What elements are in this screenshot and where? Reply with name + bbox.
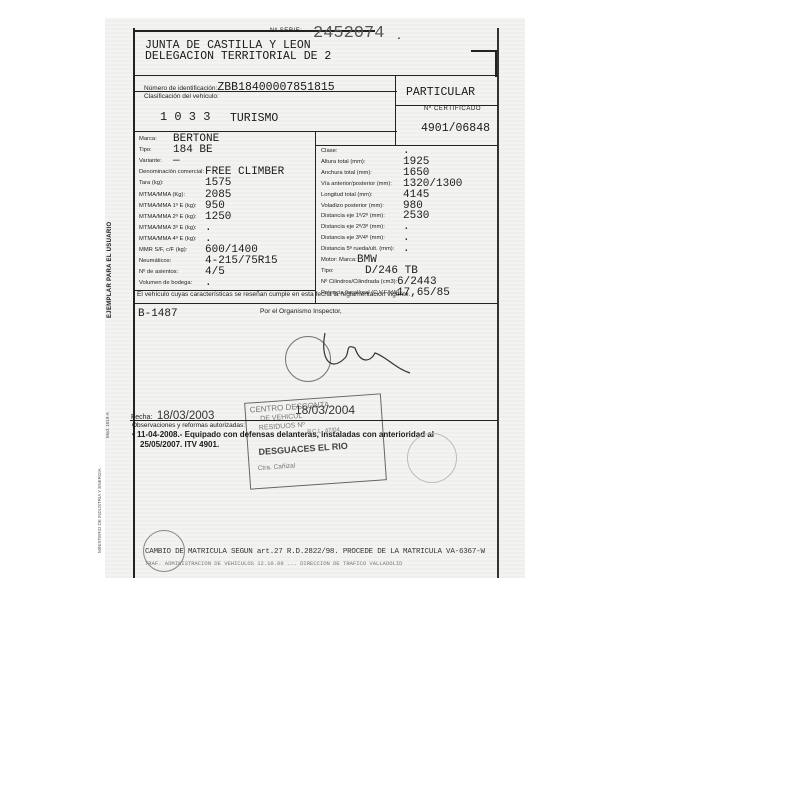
divider [130,420,497,421]
field-label: Altura total (mm): [321,159,365,165]
field-label: MTMA/MMA 1º E (kg): [139,203,197,209]
field-label: Distancia eje 2º/3º (mm): [321,224,385,230]
field-label: Clase: [321,148,337,154]
field-label: Tara (kg): [139,180,163,186]
classification-code: 1 0 3 3 [160,110,210,124]
sidebar-ministry: MINISTERIO DE INDUSTRIA Y ENERGIA [97,468,102,553]
plate-change-note-2: TRAF. ADMINISTRACION DE VEHICULOS 12.10.… [145,560,402,567]
field-label: MTMA/MMA 2º E (kg): [139,214,197,220]
field-label: Tipo: [139,147,152,153]
divider [135,303,497,304]
field-label: Motor: Marca: [321,257,357,263]
issuer-block: JUNTA DE CASTILLA Y LEON DELEGACION TERR… [145,40,331,62]
station-code: B-1487 [138,308,178,320]
faint-seal [407,433,457,483]
field-label: Vía anterior/posterior (mm): [321,181,392,187]
identification-value: ZBB18400007851815 [217,81,334,94]
classification-label: Clasificación del vehículo: [144,93,219,100]
sidebar-label: EJEMPLAR PARA EL USUARIO [107,222,113,318]
field-label: Tipo: [321,268,334,274]
column-divider [315,131,316,303]
certificate-value: 4901/06848 [421,122,490,135]
observation-line-2: 25/05/2007. ITV 4901. [140,440,219,449]
observation-line-1: • 11-04-2008.- Equipado con defensas del… [132,430,434,439]
field-label: Longitud total (mm): [321,192,373,198]
field-label: MTMA/MMA 3º E (kg): [139,225,197,231]
field-label: MTMA/MMA 4º E (kg): [139,236,197,242]
field-label: Marca: [139,136,157,142]
corner-bracket [471,50,497,77]
vehicle-technical-card: Nº SERIE: 2452074 . JUNTA DE CASTILLA Y … [133,28,499,578]
serie-label: Nº SERIE: [270,28,302,34]
field-label: Variante: [139,158,162,164]
field-label: Denominación comercial: [139,169,204,175]
field-value: . [403,243,410,255]
issuer-line-2: DELEGACION TERRITORIAL DE 2 [145,51,331,62]
compliance-text: El vehículo cuyas características se res… [137,291,410,298]
observations-label: Observaciones y reformas autorizadas: [132,422,245,429]
field-label: Distancia 5ª rueda/ult. (mm): [321,246,394,252]
plate-change-note: CAMBIO DE MATRICULA SEGUN art.27 R.D.282… [145,548,485,556]
field-label: Nº de asientos: [139,269,178,275]
divider [135,75,397,76]
field-value: . [205,277,212,289]
field-label: Distancia eje 1º/2º (mm): [321,213,385,219]
certificate-label: Nº CERTIFICADO [424,106,481,112]
inspector-text: Por el Organismo Inspector, [260,308,342,315]
usage-box: PARTICULAR Nº CERTIFICADO 4901/06848 [395,75,498,146]
stamp-text: Ctra. Cañizal [258,462,296,472]
divider [135,91,397,92]
serie-dot: . [397,26,401,42]
divider [135,131,397,132]
field-label: Anchura total (mm): [321,170,372,176]
field-label: Volumen de bodega: [139,280,192,286]
stamp-text: DESGUACES EL RIO [258,441,348,457]
classification-type: TURISMO [230,112,278,125]
signature [315,328,425,378]
field-label: Voladizo posterior (mm): [321,203,384,209]
field-label: MMR S/F, c/F (kg): [139,247,187,253]
field-value: — [173,155,180,167]
field-label: MTMA/MMA (Kg): [139,192,185,198]
field-label: Neumáticos: [139,258,171,264]
usage-value: PARTICULAR [406,86,475,99]
stamp-date: 18/03/2004 [295,403,355,417]
field-label: Nº Cilindros/Cilindrada (cm3): [321,279,397,285]
sidebar-form-number: Mod. 1019-A [105,412,110,438]
field-label: Distancia eje 3º/4º (mm): [321,235,385,241]
